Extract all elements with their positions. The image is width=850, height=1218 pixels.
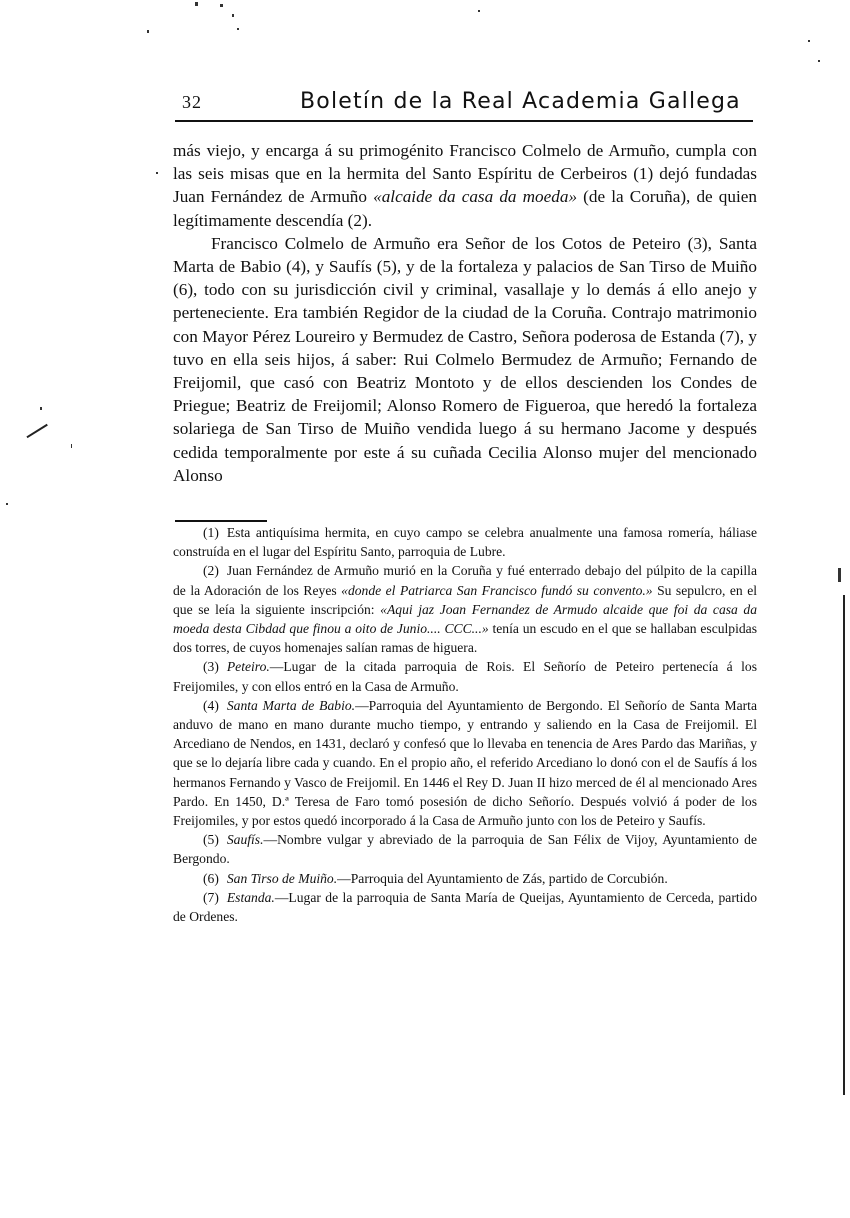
scan-speck (195, 2, 198, 6)
scan-speck (156, 172, 158, 174)
footnote-number: (3) (203, 659, 219, 674)
footnote-number: (6) (203, 871, 219, 886)
footnote-3: (3)Peteiro.—Lugar de la citada parroquia… (173, 657, 757, 695)
footnote-2: (2)Juan Fernández de Armuño murió en la … (173, 561, 757, 657)
footnotes: (1)Esta antiquísima hermita, en cuyo cam… (173, 523, 757, 926)
scan-speck (147, 30, 149, 33)
footnote-6: (6)San Tirso de Muiño.—Parroquia del Ayu… (173, 869, 757, 888)
scan-speck (40, 407, 42, 410)
scan-speck (818, 60, 820, 62)
scan-speck (232, 14, 234, 17)
paragraph-segment: Francisco Colmelo de Armuño era Señor de… (173, 234, 757, 485)
footnote-7: (7)Estanda.—Lugar de la parroquia de San… (173, 888, 757, 926)
footnote-text: Esta antiquísima hermita, en cuyo campo … (173, 525, 757, 559)
scan-speck (71, 444, 72, 448)
footnote-number: (2) (203, 563, 219, 578)
header-rule (175, 120, 753, 122)
footnote-text-italic: «donde el Patriarca San Francisco fundó … (341, 583, 652, 598)
scan-edge-shadow (843, 595, 845, 1095)
page-header: 32 Boletín de la Real Academia Gallega (175, 88, 753, 120)
footnote-number: (5) (203, 832, 219, 847)
body-text: más viejo, y encarga á su primogénito Fr… (173, 139, 757, 487)
scan-scratch-mark (26, 424, 47, 438)
footnote-term: San Tirso de Muiño. (227, 871, 337, 886)
scan-speck (808, 40, 810, 42)
scan-speck (838, 568, 841, 582)
paragraph-segment-italic: «alcaide da casa da moeda» (373, 187, 577, 206)
footnote-1: (1)Esta antiquísima hermita, en cuyo cam… (173, 523, 757, 561)
scan-speck (237, 28, 239, 30)
running-title: Boletín de la Real Academia Gallega (300, 89, 741, 114)
footnote-separator (175, 520, 267, 522)
scan-speck (478, 10, 480, 12)
footnote-5: (5)Saufís.—Nombre vulgar y abreviado de … (173, 830, 757, 868)
footnote-term: Peteiro. (227, 659, 270, 674)
paragraph-2: Francisco Colmelo de Armuño era Señor de… (173, 232, 757, 487)
paragraph-1: más viejo, y encarga á su primogénito Fr… (173, 139, 757, 232)
footnote-number: (7) (203, 890, 219, 905)
footnote-number: (4) (203, 698, 219, 713)
footnote-term: Estanda. (227, 890, 275, 905)
footnote-term: Saufís. (227, 832, 264, 847)
footnote-4: (4)Santa Marta de Babio.—Parroquia del A… (173, 696, 757, 830)
page-number: 32 (182, 92, 202, 113)
scanned-page: 32 Boletín de la Real Academia Gallega m… (0, 0, 850, 1218)
footnote-text: —Parroquia del Ayuntamiento de Zás, part… (337, 871, 668, 886)
footnote-text: —Parroquia del Ayuntamiento de Bergondo.… (173, 698, 757, 828)
scan-speck (220, 4, 223, 7)
scan-speck (6, 503, 8, 505)
footnote-term: Santa Marta de Babio. (227, 698, 355, 713)
footnote-number: (1) (203, 525, 219, 540)
